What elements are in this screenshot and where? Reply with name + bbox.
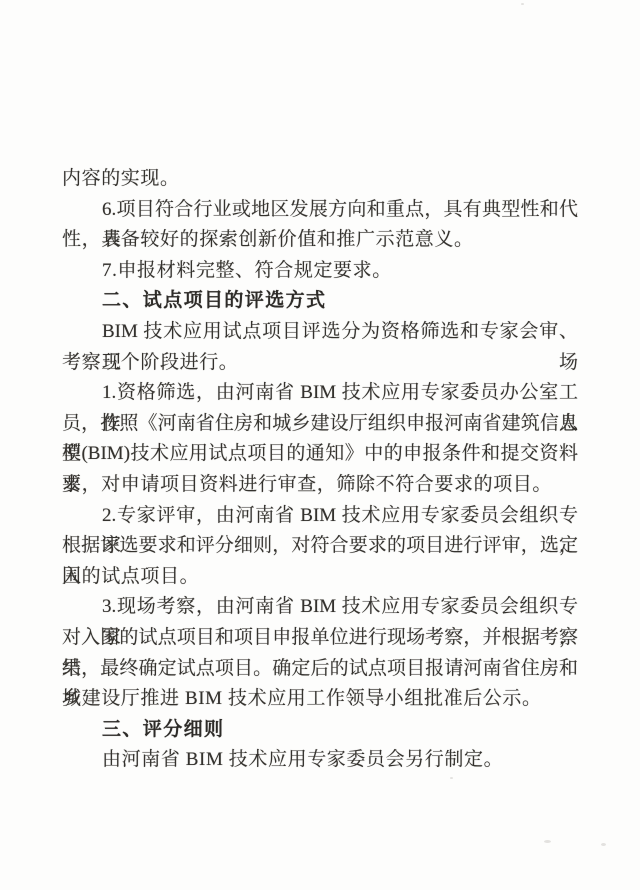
text-line: 2.专家评审，由河南省 BIM 技术应用专家委员会组织专家， [62, 501, 578, 532]
scan-noise-speck [544, 840, 551, 843]
text-line: 求，对申请项目资料进行审查，筛除不符合要求的项目。 [62, 470, 578, 501]
text-line: 果，最终确定试点项目。确定后的试点项目报请河南省住房和城 [62, 654, 578, 685]
section-heading-evaluation-method: 二、试点项目的评选方式 [62, 286, 578, 317]
text-line: 7.申报材料完整、符合规定要求。 [62, 256, 578, 287]
scan-noise-speck [521, 3, 524, 5]
text-line: 型(BIM)技术应用试点项目的通知》中的申报条件和提交资料要 [62, 439, 578, 470]
text-line: 根据评选要求和评分细则，对符合要求的项目进行评审，选定入 [62, 531, 578, 562]
text-line: 1.资格筛选，由河南省 BIM 技术应用专家委员办公室工作人 [62, 378, 578, 409]
text-line: 内容的实现。 [62, 164, 578, 195]
scan-noise-speck [601, 843, 606, 846]
text-line: 3.现场考察，由河南省 BIM 技术应用专家委员会组织专家， [62, 592, 578, 623]
text-line: 乡建设厅推进 BIM 技术应用工作领导小组批准后公示。 [62, 684, 578, 715]
text-line: 6.项目符合行业或地区发展方向和重点，具有典型性和代表 [62, 195, 578, 226]
text-line: 对入围的试点项目和项目申报单位进行现场考察，并根据考察结 [62, 623, 578, 654]
section-heading-scoring-rules: 三、评分细则 [62, 715, 578, 746]
scan-noise-speck [450, 777, 453, 779]
text-line: 性，具备较好的探索创新价值和推广示范意义。 [62, 225, 578, 256]
text-line: 由河南省 BIM 技术应用专家委员会另行制定。 [62, 745, 578, 776]
document-page: 内容的实现。 6.项目符合行业或地区发展方向和重点，具有典型性和代表 性，具备较… [0, 0, 640, 890]
text-line: 围的试点项目。 [62, 562, 578, 593]
document-text-block: 内容的实现。 6.项目符合行业或地区发展方向和重点，具有典型性和代表 性，具备较… [62, 164, 578, 776]
text-line: BIM 技术应用试点项目评选分为资格筛选和专家会审、现场 [62, 317, 578, 348]
text-line: 员，按照《河南省住房和城乡建设厅组织申报河南省建筑信息模 [62, 409, 578, 440]
